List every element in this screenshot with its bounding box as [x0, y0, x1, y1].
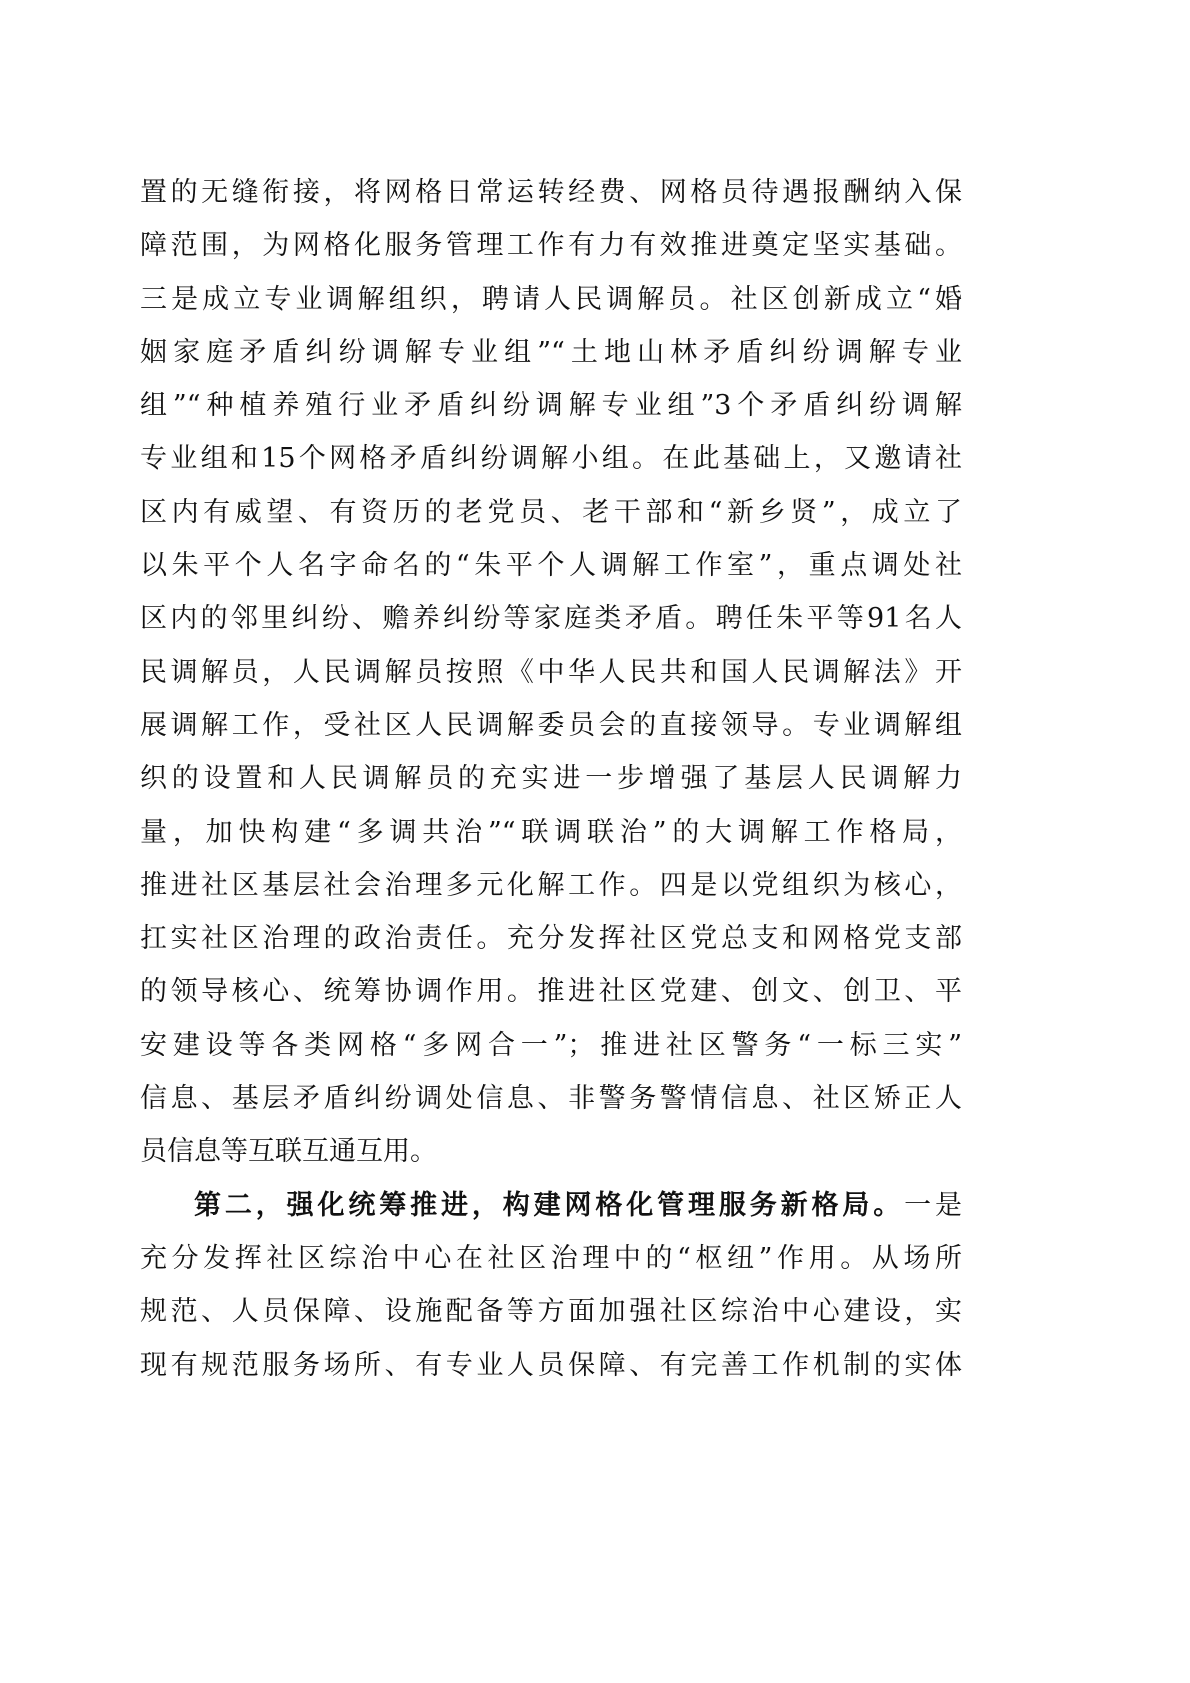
text-line: 充分发挥社区综治中心在社区治理中的“枢纽”作用。从场所	[140, 1232, 962, 1285]
text-line: 织的设置和人民调解员的充实进一步增强了基层人民调解力	[140, 752, 962, 805]
text-line: 以朱平个人名字命名的“朱平个人调解工作室”，重点调处社	[140, 539, 962, 592]
text-line: 组”“种植养殖行业矛盾纠纷调解专业组”3个矛盾纠纷调解	[140, 379, 962, 432]
document-page: 置的无缝衔接，将网格日常运转经费、网格员待遇报酬纳入保 障范围，为网格化服务管理…	[140, 166, 962, 1392]
text-line: 民调解员，人民调解员按照《中华人民共和国人民调解法》开	[140, 646, 962, 699]
text-line: 展调解工作，受社区人民调解委员会的直接领导。专业调解组	[140, 699, 962, 752]
paragraph-coordination: 第二，强化统筹推进，构建网格化管理服务新格局。一是 充分发挥社区综治中心在社区治…	[140, 1179, 962, 1392]
text-line: 量，加快构建“多调共治”“联调联治”的大调解工作格局，	[140, 806, 962, 859]
text-line: 的领导核心、统筹协调作用。推进社区党建、创文、创卫、平	[140, 965, 962, 1018]
text-line: 姻家庭矛盾纠纷调解专业组”“土地山林矛盾纠纷调解专业	[140, 326, 962, 379]
text-line: 置的无缝衔接，将网格日常运转经费、网格员待遇报酬纳入保	[140, 166, 962, 219]
text-line: 推进社区基层社会治理多元化解工作。四是以党组织为核心，	[140, 859, 962, 912]
text-line: 区内有威望、有资历的老党员、老干部和“新乡贤”，成立了	[140, 486, 962, 539]
text-line: 现有规范服务场所、有专业人员保障、有完善工作机制的实体	[140, 1339, 962, 1392]
text-line: 规范、人员保障、设施配备等方面加强社区综治中心建设，实	[140, 1285, 962, 1338]
section-heading: 第二，强化统筹推进，构建网格化管理服务新格局。	[194, 1190, 904, 1221]
text-line: 障范围，为网格化服务管理工作有力有效推进奠定坚实基础。	[140, 219, 962, 272]
heading-tail-text: 一是	[904, 1190, 962, 1221]
text-line: 信息、基层矛盾纠纷调处信息、非警务警情信息、社区矫正人	[140, 1072, 962, 1125]
text-line: 安建设等各类网格“多网合一”；推进社区警务“一标三实”	[140, 1019, 962, 1072]
text-line: 三是成立专业调解组织，聘请人民调解员。社区创新成立“婚	[140, 273, 962, 326]
text-line: 专业组和15个网格矛盾纠纷调解小组。在此基础上，又邀请社	[140, 432, 962, 485]
text-line: 区内的邻里纠纷、赡养纠纷等家庭类矛盾。聘任朱平等91名人	[140, 592, 962, 645]
text-line: 扛实社区治理的政治责任。充分发挥社区党总支和网格党支部	[140, 912, 962, 965]
paragraph-grid-mediation: 置的无缝衔接，将网格日常运转经费、网格员待遇报酬纳入保 障范围，为网格化服务管理…	[140, 166, 962, 1179]
text-line: 员信息等互联互通互用。	[140, 1125, 962, 1178]
paragraph-heading-line: 第二，强化统筹推进，构建网格化管理服务新格局。一是	[140, 1179, 962, 1232]
